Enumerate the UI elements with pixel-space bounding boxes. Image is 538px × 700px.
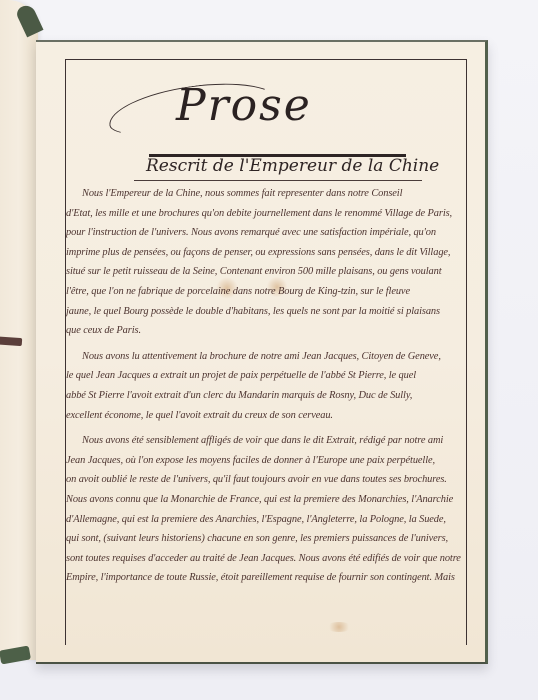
paragraph-1: Nous l'Empereur de la Chine, nous sommes…	[66, 184, 466, 341]
text-line: le quel Jean Jacques a extrait un projet…	[66, 366, 466, 386]
paragraph-2: Nous avons lu attentivement la brochure …	[66, 347, 466, 425]
paragraph-3: Nous avons été sensiblement affligés de …	[66, 431, 466, 588]
text-line: imprime plus de pensées, ou façons de pe…	[66, 243, 466, 263]
text-line: Jean Jacques, où l'on expose les moyens …	[66, 451, 466, 471]
text-line: d'Etat, les mille et une brochures qu'on…	[66, 204, 466, 224]
text-line: situé sur le petit ruisseau de la Seine,…	[66, 262, 466, 282]
text-line: Nous l'Empereur de la Chine, nous sommes…	[66, 184, 466, 204]
manuscript-body: Nous l'Empereur de la Chine, nous sommes…	[66, 184, 466, 588]
text-line: qui sont, (suivant leurs historiens) cha…	[66, 529, 466, 549]
text-line: jaune, le quel Bourg possède le double d…	[66, 302, 466, 322]
text-line: on avoit oublié le reste de l'univers, q…	[66, 470, 466, 490]
manuscript-page: Prose Rescrit de l'Empereur de la Chine …	[36, 40, 488, 664]
text-line: Nous avons été sensiblement affligés de …	[66, 431, 466, 451]
text-line: abbé St Pierre l'avoit extrait d'un cler…	[66, 386, 466, 406]
text-line: Empire, l'importance de toute Russie, ét…	[66, 568, 466, 588]
text-line: l'être, que l'on ne fabrique de porcelai…	[66, 282, 466, 302]
page-subtitle: Rescrit de l'Empereur de la Chine	[146, 156, 446, 176]
text-line: excellent économe, le quel l'avoit extra…	[66, 406, 466, 426]
text-line: pour l'instruction de l'univers. Nous av…	[66, 223, 466, 243]
text-line: que ceux de Paris.	[66, 321, 466, 341]
text-line: sont toutes requises d'acceder au traité…	[66, 549, 466, 569]
text-line: Nous avons lu attentivement la brochure …	[66, 347, 466, 367]
text-line: d'Allemagne, qui est la premiere des Ana…	[66, 510, 466, 530]
subtitle-underline	[134, 180, 422, 181]
ink-stroke	[0, 336, 22, 346]
text-line: Nous avons connu que la Monarchie de Fra…	[66, 490, 466, 510]
page-title: Prose	[176, 80, 376, 131]
left-page-edge	[0, 0, 38, 660]
ruled-frame: Prose Rescrit de l'Empereur de la Chine …	[65, 59, 467, 645]
